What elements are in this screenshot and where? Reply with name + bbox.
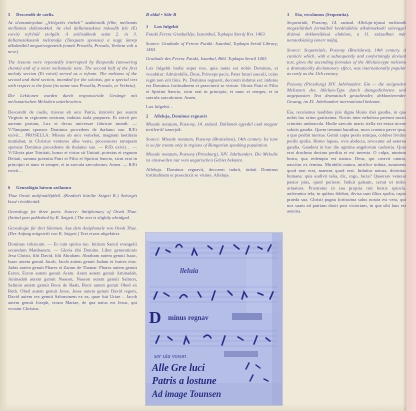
track-6-title: Genealógia három szólamra: [16, 185, 71, 190]
track-5-note-english: The lessons were repeatedly interrupted …: [8, 59, 137, 88]
page-left-shadow: [0, 0, 8, 411]
side-b-header: B oldal • Side B: [146, 12, 278, 18]
manuscript-facsimile-svg: lleluia D minus regnav ser uia voson All…: [146, 233, 282, 405]
track-5-number: 5: [8, 12, 15, 18]
column-left: 5 Descendit de caelis. Az olvasmányokat …: [8, 12, 137, 316]
facsimile-text-line-5: Patris a lostune: [152, 376, 217, 387]
track-2-source-hungarian: Missale notatum, Pozsony, 14. század. Da…: [146, 121, 278, 133]
track-6-note-german: Genealogie für drei Stimmen. Aus dem Ant…: [8, 225, 137, 237]
track-2-source-english: Source: Missale notatum, Pozsony (Bratis…: [146, 137, 278, 149]
track-3-source-hungarian: Sequentiák, Pozsony, 14. század. Alleluj…: [287, 20, 406, 43]
track-2-number: 2: [146, 113, 153, 119]
track-6-latin-text: Dominus vobiscum. — Et cum spiritu tuo. …: [8, 242, 137, 312]
track-1-refrain: Lux fulgebit…: [146, 104, 278, 110]
section-gap: [8, 178, 137, 185]
track-5-title: Descendit de caelis.: [16, 12, 54, 17]
track-6-note-english: Genealogy for three parts. Source: Antip…: [8, 209, 137, 221]
track-3-latin-text: Eia, recolamus laudibus piis digna Huius…: [287, 109, 406, 214]
facsimile-text-line-2: minus regnav: [168, 314, 209, 322]
track-1-source-german: Graduale des Ferenc Futaki, Istanbul, Bi…: [146, 56, 278, 62]
track-1-number: 1: [146, 24, 153, 30]
cover-edge-strip: [406, 0, 416, 411]
facsimile-initial-letter: D: [149, 308, 161, 327]
track-1-title: Lux fulgebit: [154, 24, 178, 29]
column-right: 3 Eia, recolamus (Sequentia). Sequentiák…: [287, 12, 406, 219]
facsimile-text-line-6: Ad image Tounsen: [151, 389, 221, 399]
track-3-title: Eia, recolamus (Sequentia).: [295, 12, 349, 17]
facsimile-text-line-1: lleluia: [180, 267, 199, 275]
track-5-note-hungarian: Az olvasmányokat „felelgetős énekek” sza…: [8, 20, 137, 55]
track-1-latin-text: Lux fulgebit hodie super nos, quia natus…: [146, 66, 278, 101]
track-2-source-german: Missale notatum, Pozsony (Pressburg), XI…: [146, 152, 278, 164]
facsimile-text-line-3: ser uia voson: [154, 354, 186, 360]
manuscript-facsimile-image: lleluia D minus regnav ser uia voson All…: [146, 233, 282, 405]
page-bottom-shadow: [0, 404, 416, 411]
track-1-source-english: Source: Graduale of Ferenc Futaki: Istan…: [146, 41, 278, 53]
track-2-title: Alleluja, Dominus regnavit: [154, 113, 207, 118]
track-5-latin-text: Descendit de caelis, missus ab arce Patr…: [8, 109, 137, 173]
track-6-number: 6: [8, 185, 15, 191]
track-3-source-german: Pozsony (Pressburg) XIV. Jahrhundert. Ei…: [287, 81, 406, 104]
track-1-heading: 1 Lux fulgebit: [146, 24, 278, 30]
track-2-heading: 2 Alleluja, Dominus regnavit: [146, 113, 278, 119]
track-5-heading: 5 Descendit de caelis.: [8, 12, 137, 18]
track-3-heading: 3 Eia, recolamus (Sequentia).: [287, 12, 406, 18]
track-1-source-hungarian: Futaki Ferenc Graduáléja, Isztambul, Top…: [146, 32, 278, 38]
track-5-note-german: Die Lektionen wurden durch responsoriale…: [8, 93, 137, 105]
track-3-number: 3: [287, 12, 294, 18]
facsimile-text-line-4: Alle Gre luci: [151, 363, 205, 374]
track-2-latin-text: Alleluja. Dominus regnavit, decorem indu…: [146, 167, 278, 179]
column-middle: B oldal • Side B 1 Lux fulgebit Futaki F…: [146, 12, 278, 182]
track-3-source-english: Source: Sequentiale, Pozsony (Bratislava…: [287, 48, 406, 77]
track-6-note-hungarian: Thuz Osvát antifonáléjából. (Kezdetét kö…: [8, 193, 137, 205]
track-6-heading: 6 Genealógia három szólamra: [8, 185, 137, 191]
